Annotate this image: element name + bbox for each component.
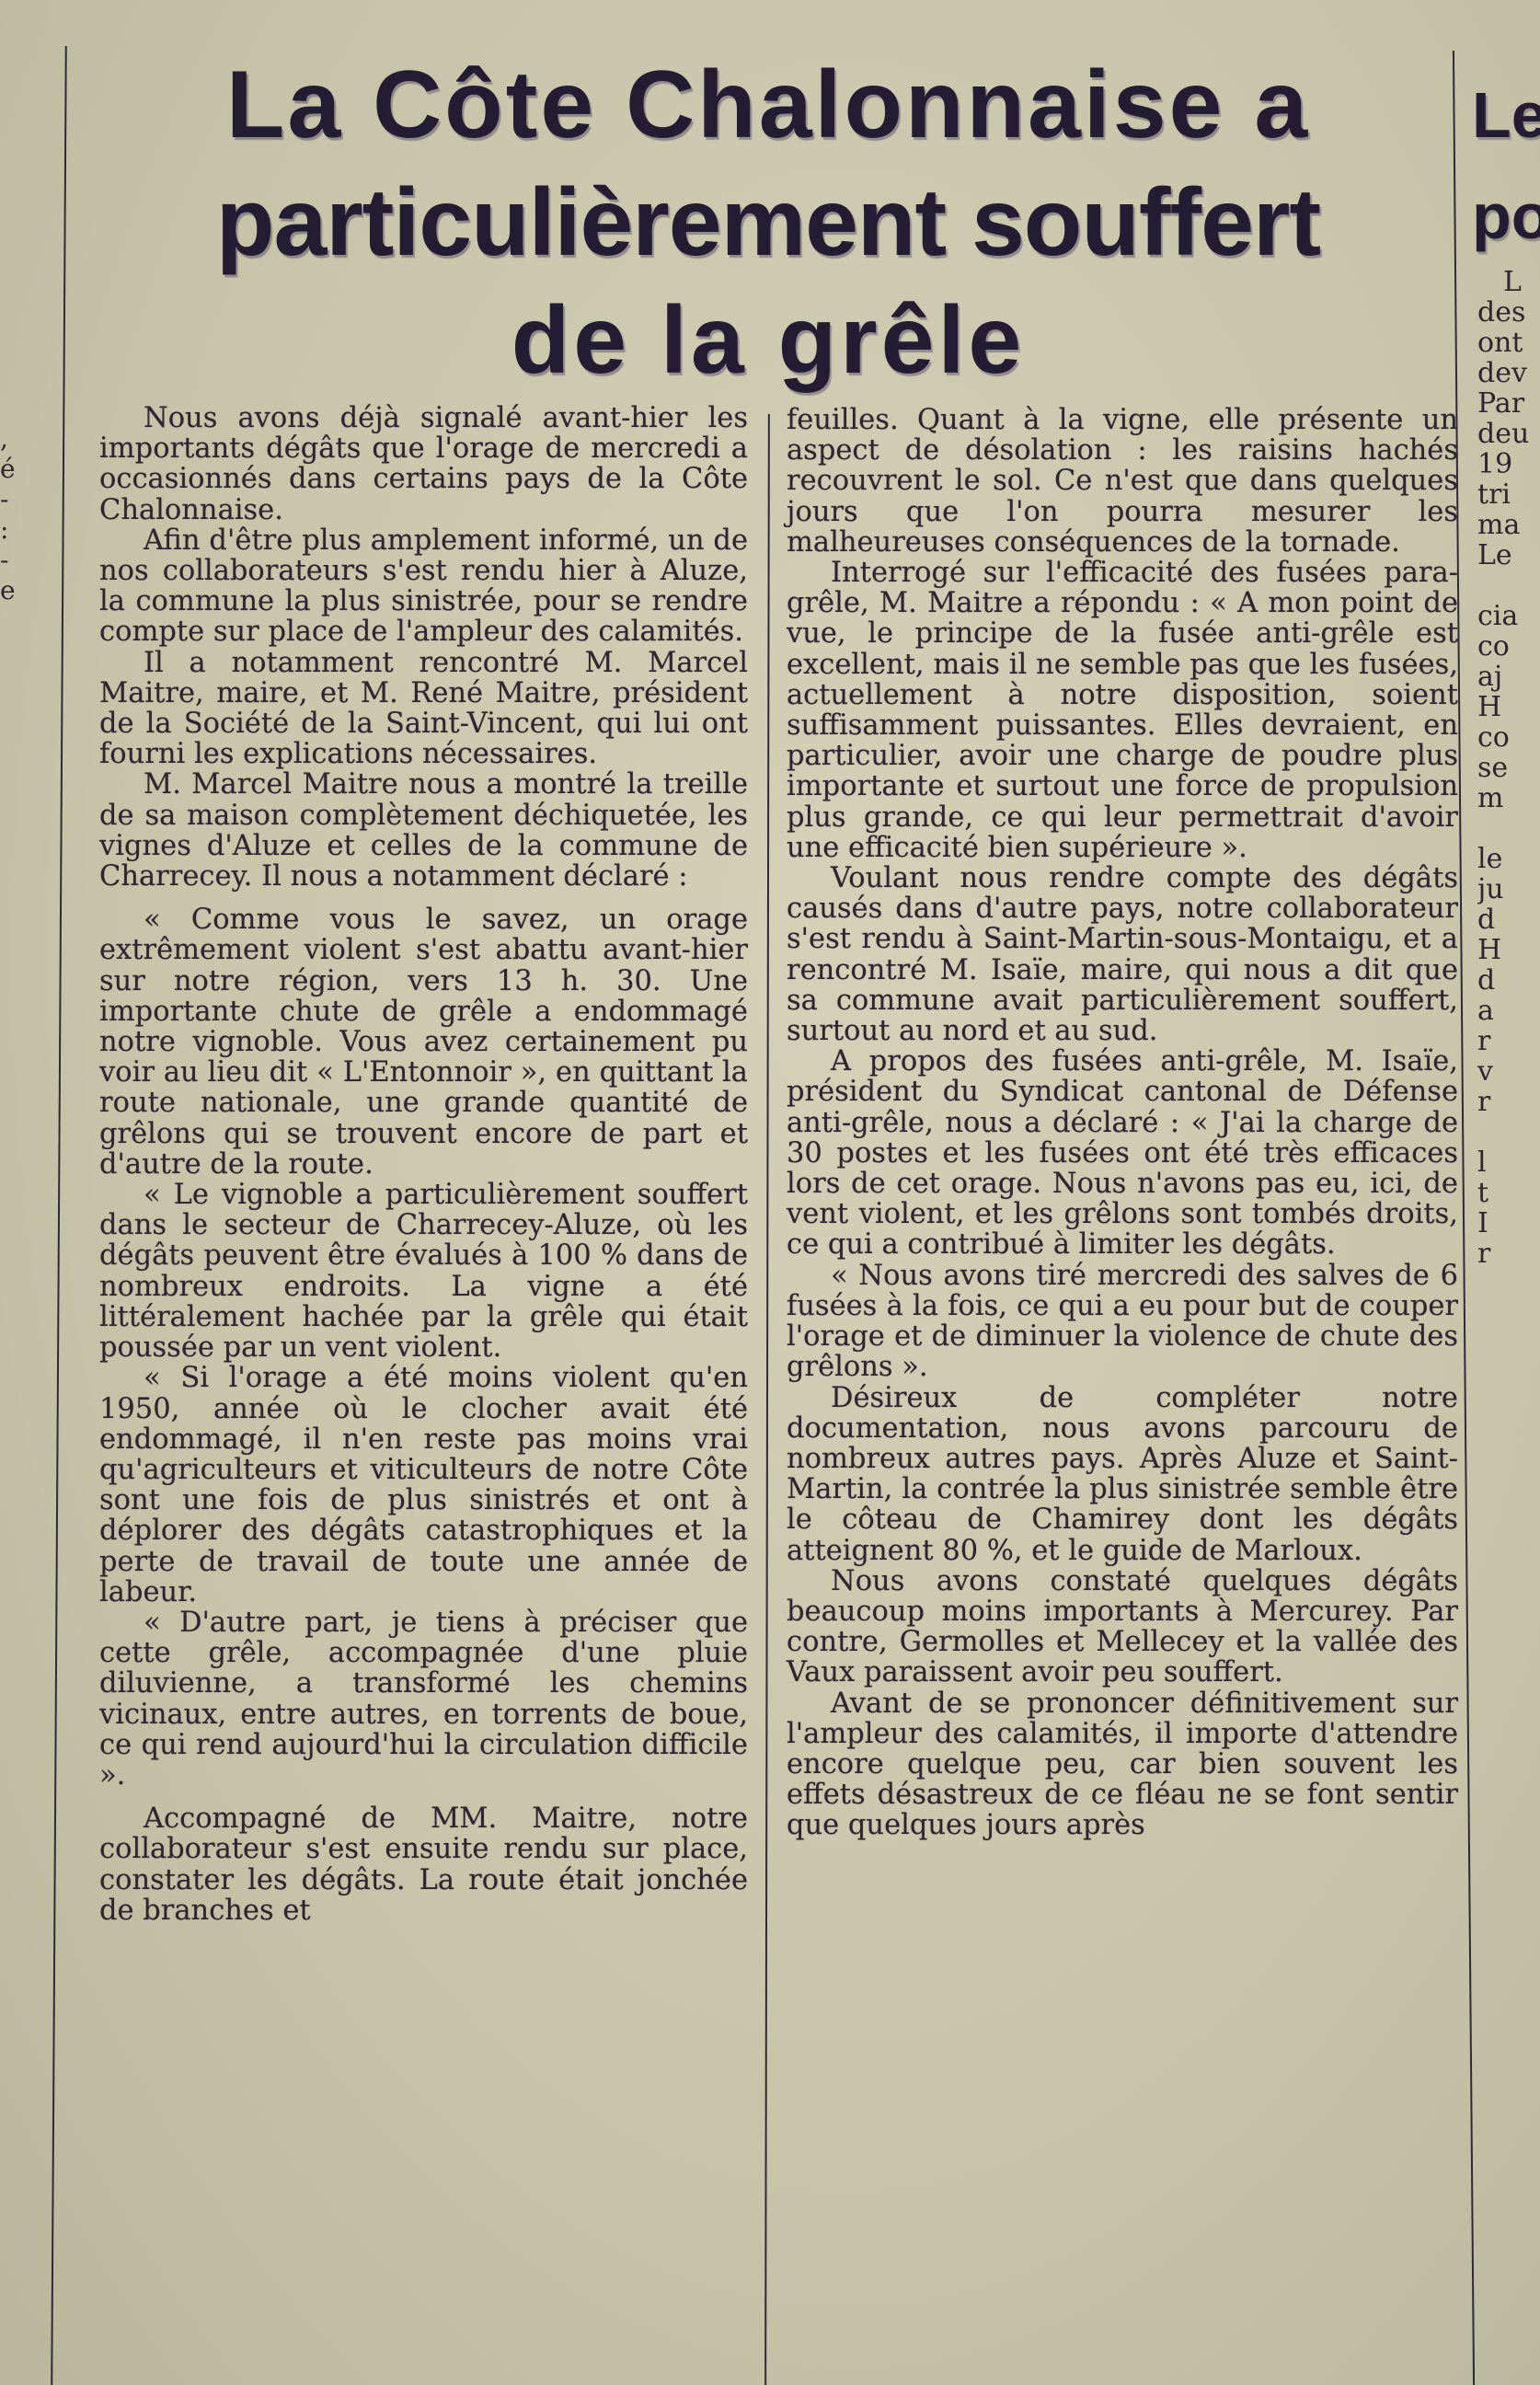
quote-paragraph: « Nous avons tiré mercredi des salves de…	[787, 1261, 1458, 1383]
paragraph: M. Marcel Maitre nous a montré la treill…	[99, 769, 748, 892]
fragment: H	[1477, 935, 1540, 965]
paragraph: Interrogé sur l'efficacité des fusées pa…	[787, 558, 1458, 863]
left-column-rule	[51, 46, 67, 2385]
fragment: deu	[1477, 419, 1540, 449]
fragment: d	[1477, 965, 1540, 996]
previous-column-fragment: , é - : - e	[0, 423, 17, 605]
paragraph: Nous avons déjà signalé avant-hier les i…	[99, 403, 748, 525]
fragment: m	[1477, 783, 1540, 813]
fragment: tri	[1477, 479, 1540, 510]
paragraph: Accompagné de MM. Maitre, notre collabor…	[99, 1803, 748, 1926]
fragment: r	[1477, 1026, 1540, 1056]
fragment: -	[0, 484, 17, 514]
fragment: r	[1477, 1087, 1540, 1117]
paragraph: Voulant nous rendre compte des dégâts ca…	[787, 863, 1458, 1046]
paragraph: Désireux de compléter notre documentatio…	[787, 1383, 1458, 1566]
fragment: H	[1477, 692, 1540, 722]
quote-paragraph: « Le vignoble a particulièrement souffer…	[99, 1180, 748, 1363]
adjacent-article-body: L des ont dev Par deu 19 tri ma Le cia c…	[1477, 267, 1540, 1269]
fragment: e	[0, 575, 17, 605]
article-column-left: Nous avons déjà signalé avant-hier les i…	[99, 403, 748, 1926]
fragment: v	[1477, 1056, 1540, 1087]
fragment: -	[0, 545, 17, 575]
paragraph: Afin d'être plus amplement informé, un d…	[99, 525, 748, 648]
fragment: r	[1477, 1239, 1540, 1269]
fragment: t	[1477, 1178, 1540, 1208]
gap	[1477, 570, 1540, 601]
fragment: l	[1477, 1147, 1540, 1178]
gap	[1477, 813, 1540, 844]
adjacent-headline-line-1: Les	[1472, 64, 1540, 166]
headline-line-3: de la grêle	[92, 282, 1444, 399]
quote-paragraph: « Comme vous le savez, un orage extrêmem…	[99, 904, 748, 1180]
fragment: Par	[1477, 388, 1540, 419]
paragraph: Nous avons constaté quelques dégâts beau…	[787, 1566, 1458, 1688]
fragment: d	[1477, 904, 1540, 935]
paragraph: Il a notamment rencontré M. Marcel Maitr…	[99, 648, 748, 770]
quote-paragraph: « D'autre part, je tiens à préciser que …	[99, 1607, 748, 1791]
fragment: le	[1477, 844, 1540, 874]
fragment: co	[1477, 631, 1540, 662]
fragment: Le	[1477, 540, 1540, 570]
fragment: se	[1477, 753, 1540, 783]
article-headline: La Côte Chalonnaise a particulièrement s…	[92, 46, 1444, 399]
fragment: :	[0, 514, 17, 545]
fragment: cia	[1477, 601, 1540, 631]
fragment: dev	[1477, 358, 1540, 388]
fragment: ,	[0, 423, 17, 454]
fragment: ont	[1477, 328, 1540, 358]
fragment: 19	[1477, 449, 1540, 479]
headline-line-1: La Côte Chalonnaise a	[92, 46, 1444, 164]
adjacent-headline-line-2: pol	[1472, 166, 1540, 267]
fragment: co	[1477, 722, 1540, 753]
fragment: des	[1477, 297, 1540, 328]
fragment: aj	[1477, 662, 1540, 692]
adjacent-article-headline: Les pol	[1472, 64, 1540, 267]
paragraph: A propos des fusées anti-grêle, M. Isaïe…	[787, 1046, 1458, 1260]
paragraph: Avant de se prononcer définitivement sur…	[787, 1688, 1458, 1841]
fragment: a	[1477, 996, 1540, 1026]
fragment: I	[1477, 1208, 1540, 1239]
fragment: ma	[1477, 510, 1540, 540]
headline-line-2: particulièrement souffert	[92, 164, 1444, 282]
fragment: L	[1477, 267, 1540, 297]
gap	[1477, 1117, 1540, 1147]
paragraph: feuilles. Quant à la vigne, elle présent…	[787, 405, 1458, 558]
article-column-right: feuilles. Quant à la vigne, elle présent…	[787, 405, 1458, 1841]
quote-paragraph: « Si l'orage a été moins violent qu'en 1…	[99, 1363, 748, 1607]
center-column-rule	[764, 414, 770, 2385]
fragment: ju	[1477, 874, 1540, 904]
fragment: é	[0, 454, 17, 484]
